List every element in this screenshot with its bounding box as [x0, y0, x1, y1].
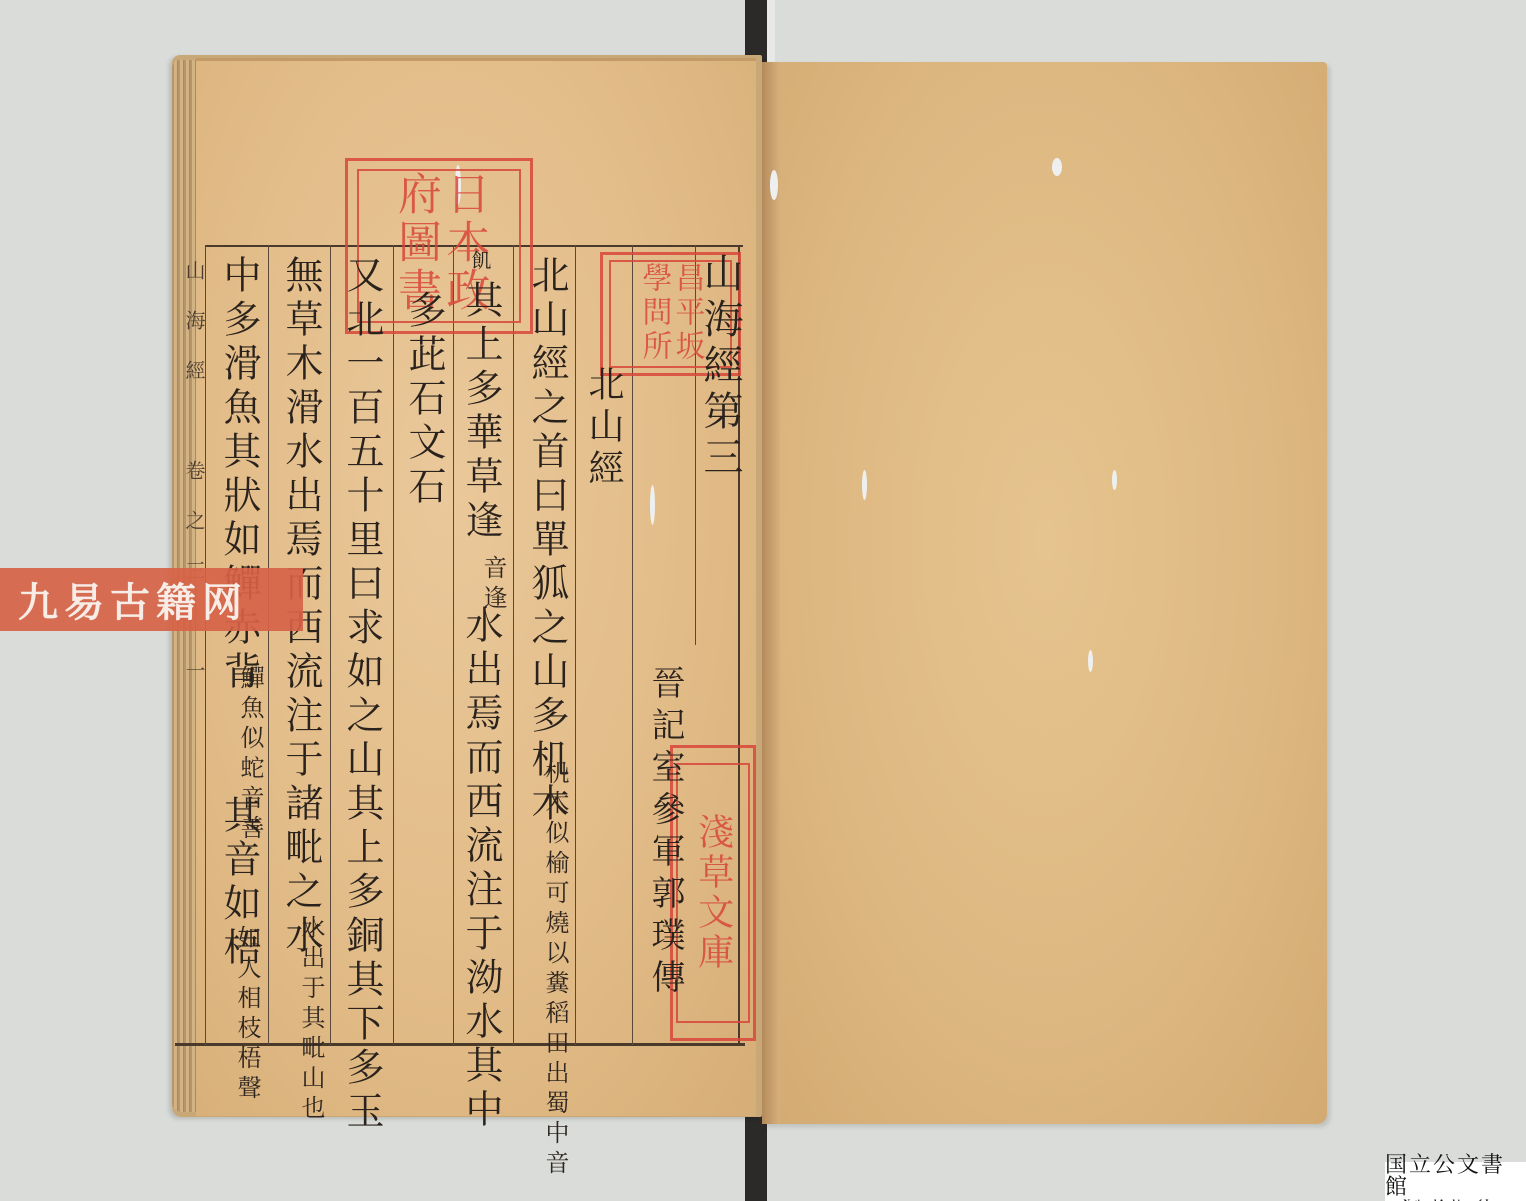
column-rule: [453, 245, 454, 1045]
archive-logo: 国立公文書館 National Archives of Japan: [1385, 1162, 1526, 1201]
text-column-2a: 其上多華草: [462, 280, 500, 500]
column-rule: [393, 245, 394, 1045]
watermark-text: 九易古籍网: [18, 571, 248, 628]
attribution: 晉記室參軍郭璞傳: [648, 665, 682, 1001]
archive-name-japanese: 国立公文書館: [1385, 1155, 1526, 1199]
text-column-4: 又北一百五十里曰求如之山其上多銅其下多玉: [343, 255, 381, 1135]
text-column-2-char: 逢: [462, 500, 500, 544]
note-marker: 飢: [470, 250, 490, 276]
fold-edge-text: 山海經 卷之三 一: [178, 260, 206, 710]
wormhole-mark: [1112, 470, 1117, 490]
text-column-2b: 水出焉而西流注于泑水其中: [462, 605, 500, 1133]
book-title: 山海經第三: [700, 252, 740, 482]
wormhole-mark: [862, 470, 867, 500]
right-page-gutter: [762, 62, 780, 1124]
column-rule: [330, 245, 331, 1045]
wormhole-mark: [1052, 158, 1062, 176]
commentary-note-5: 水出于其毗山也: [276, 915, 326, 1125]
commentary-note-6b: 如人相枝梧聲: [212, 925, 262, 1105]
column-rule: [513, 245, 514, 1045]
wormhole-mark: [770, 170, 778, 200]
commentary-note-1: 机木似榆可燒以糞稻田出蜀中音: [520, 760, 570, 1180]
column-rule: [575, 245, 576, 1045]
wormhole-mark: [650, 485, 655, 525]
background-strip: [767, 0, 775, 70]
right-page-blank: [762, 62, 1327, 1124]
wormhole-mark: [1088, 650, 1093, 672]
column-rule: [268, 245, 269, 1045]
text-column-1: 北山經之首曰單狐之山多机木: [528, 255, 566, 827]
site-watermark: 九易古籍网: [0, 568, 303, 631]
text-column-3: 多茈石文石: [405, 290, 443, 510]
section-title: 北山經: [585, 365, 621, 491]
